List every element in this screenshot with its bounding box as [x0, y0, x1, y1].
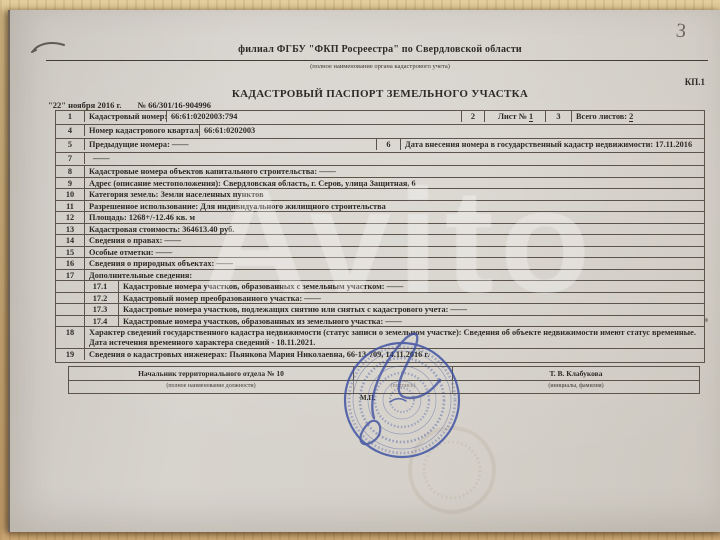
row-number: 18 — [56, 327, 84, 338]
row-text: Сведения о природных объектах: —— — [84, 258, 704, 269]
quarter-number-value: 66:61:0202003 — [199, 125, 704, 136]
row-text: Особые отметки: —— — [84, 247, 704, 258]
table-row-12: 12 Площадь: 1268+/-12.46 кв. м — [56, 212, 704, 224]
name-caption: (инициалы, фамилия) — [453, 381, 699, 393]
position-caption: (полное наименование должности) — [69, 381, 353, 393]
table-row-5-6: 5 Предыдущие номера: —— 6 Дата внесения … — [56, 139, 704, 153]
table-row-9: 9 Адрес (описание местоположения): Сверд… — [56, 178, 704, 190]
sub-row-number: 17.2 — [84, 293, 118, 304]
row-number: 14 — [56, 235, 84, 246]
row-number: 16 — [56, 258, 84, 269]
pencil-mark — [705, 318, 708, 322]
row-number: 10 — [56, 189, 84, 200]
row-label: Кадастровый номер: — [84, 111, 166, 122]
row-number: 11 — [56, 201, 84, 212]
row-number: 4 — [56, 125, 84, 136]
official-position: Начальник территориального отдела № 10 — [69, 367, 353, 380]
table-row-13: 13 Кадастровая стоимость: 364613.40 руб. — [56, 224, 704, 236]
document-title: КАДАСТРОВЫЙ ПАСПОРТ ЗЕМЕЛЬНОГО УЧАСТКА — [55, 88, 705, 100]
org-name-caption: (полное наименование органа кадастрового… — [55, 63, 705, 70]
row-text: —— — [84, 153, 704, 164]
row-number-spacer — [56, 293, 84, 294]
table-row-8: 8 Кадастровые номера объектов капитально… — [56, 166, 704, 178]
row-text: Кадастровый номер преобразованного участ… — [118, 293, 704, 304]
row-text: Кадастровые номера объектов капитального… — [84, 166, 704, 177]
row-text: Кадастровые номера участков, подлежащих … — [118, 304, 704, 315]
row-number: 6 — [376, 139, 400, 150]
sub-row-number: 17.1 — [84, 281, 118, 292]
row-number: 2 — [461, 111, 484, 122]
row-number-spacer — [56, 281, 84, 282]
table-row-14: 14 Сведения о правах: —— — [56, 235, 704, 247]
previous-numbers-cell: Предыдущие номера: —— — [84, 139, 376, 150]
issue-date: "22" ноября 2016 г. — [48, 100, 122, 110]
row-number: 13 — [56, 224, 84, 235]
row-number: 19 — [56, 349, 84, 360]
official-stamp — [330, 322, 480, 472]
total-sheets-label: Всего листов: — [576, 112, 627, 121]
sub-row-number: 17.3 — [84, 304, 118, 315]
header-rule — [46, 60, 708, 61]
row-text: Кадастровые номера участков, образованны… — [118, 281, 704, 292]
row-number: 9 — [56, 178, 84, 189]
row-number: 5 — [56, 139, 84, 150]
table-row-17: 17 Дополнительные сведения: — [56, 270, 704, 282]
status-line-2: Дата истечения временного характера свед… — [89, 338, 315, 347]
area-row-text: Площадь: 1268+/-12.46 кв. м — [84, 212, 704, 223]
total-sheets-cell: Всего листов: 2 — [571, 111, 704, 122]
address-row-text: Адрес (описание местоположения): Свердло… — [84, 178, 704, 189]
issue-date-line: "22" ноября 2016 г.№ 66/301/16-904996 — [48, 100, 211, 110]
table-row-7: 7 —— — [56, 153, 704, 166]
table-row-17-3: 17.3 Кадастровые номера участков, подлеж… — [56, 304, 704, 316]
cadastral-value-row-text: Кадастровая стоимость: 364613.40 руб. — [84, 224, 704, 235]
table-row-10: 10 Категория земель: Земли населенных пу… — [56, 189, 704, 201]
row-number: 17 — [56, 270, 84, 281]
photo-background: 3 филиал ФГБУ "ФКП Росреестра" по Свердл… — [0, 0, 720, 540]
row-number: 3 — [545, 111, 571, 122]
table-row-17-2: 17.2 Кадастровый номер преобразованного … — [56, 293, 704, 305]
row-text: Дополнительные сведения: — [84, 270, 704, 281]
pencil-checkmark — [30, 38, 68, 54]
form-code: КП.1 — [685, 77, 705, 87]
row-number-spacer — [56, 316, 84, 317]
row-text: Сведения о правах: —— — [84, 235, 704, 246]
table-row-4: 4 Номер кадастрового квартала: 66:61:020… — [56, 125, 704, 139]
table-row-17-1: 17.1 Кадастровые номера участков, образо… — [56, 281, 704, 293]
total-sheets-value: 2 — [629, 112, 633, 122]
registration-date-cell: Дата внесения номера в государственный к… — [400, 139, 704, 150]
row-number-spacer — [56, 304, 84, 305]
table-row-11: 11 Разрешенное использование: Для индиви… — [56, 201, 704, 213]
table-row-15: 15 Особые отметки: —— — [56, 247, 704, 259]
row-number: 7 — [56, 153, 84, 164]
cadastral-number-value: 66:61:0202003:794 — [166, 111, 461, 122]
org-name-line: филиал ФГБУ "ФКП Росреестра" по Свердлов… — [55, 44, 705, 55]
sheet-cell: Лист № 1 — [484, 111, 545, 122]
row-text: Разрешенное использование: Для индивидуа… — [84, 201, 704, 212]
table-row-16: 16 Сведения о природных объектах: —— — [56, 258, 704, 270]
handwritten-page-number: 3 — [675, 20, 687, 44]
row-label: Номер кадастрового квартала: — [84, 125, 199, 136]
row-number: 12 — [56, 212, 84, 223]
sheet-value: 1 — [529, 112, 533, 122]
row-text: Категория земель: Земли населенных пункт… — [84, 189, 704, 200]
sheet-label: Лист № — [498, 112, 527, 121]
official-name: Т. В. Клабукова — [453, 367, 699, 380]
table-row-1: 1 Кадастровый номер: 66:61:0202003:794 2… — [56, 111, 704, 125]
sub-row-number: 17.4 — [84, 316, 118, 327]
row-number: 8 — [56, 166, 84, 177]
row-number: 15 — [56, 247, 84, 258]
row-number: 1 — [56, 111, 84, 122]
